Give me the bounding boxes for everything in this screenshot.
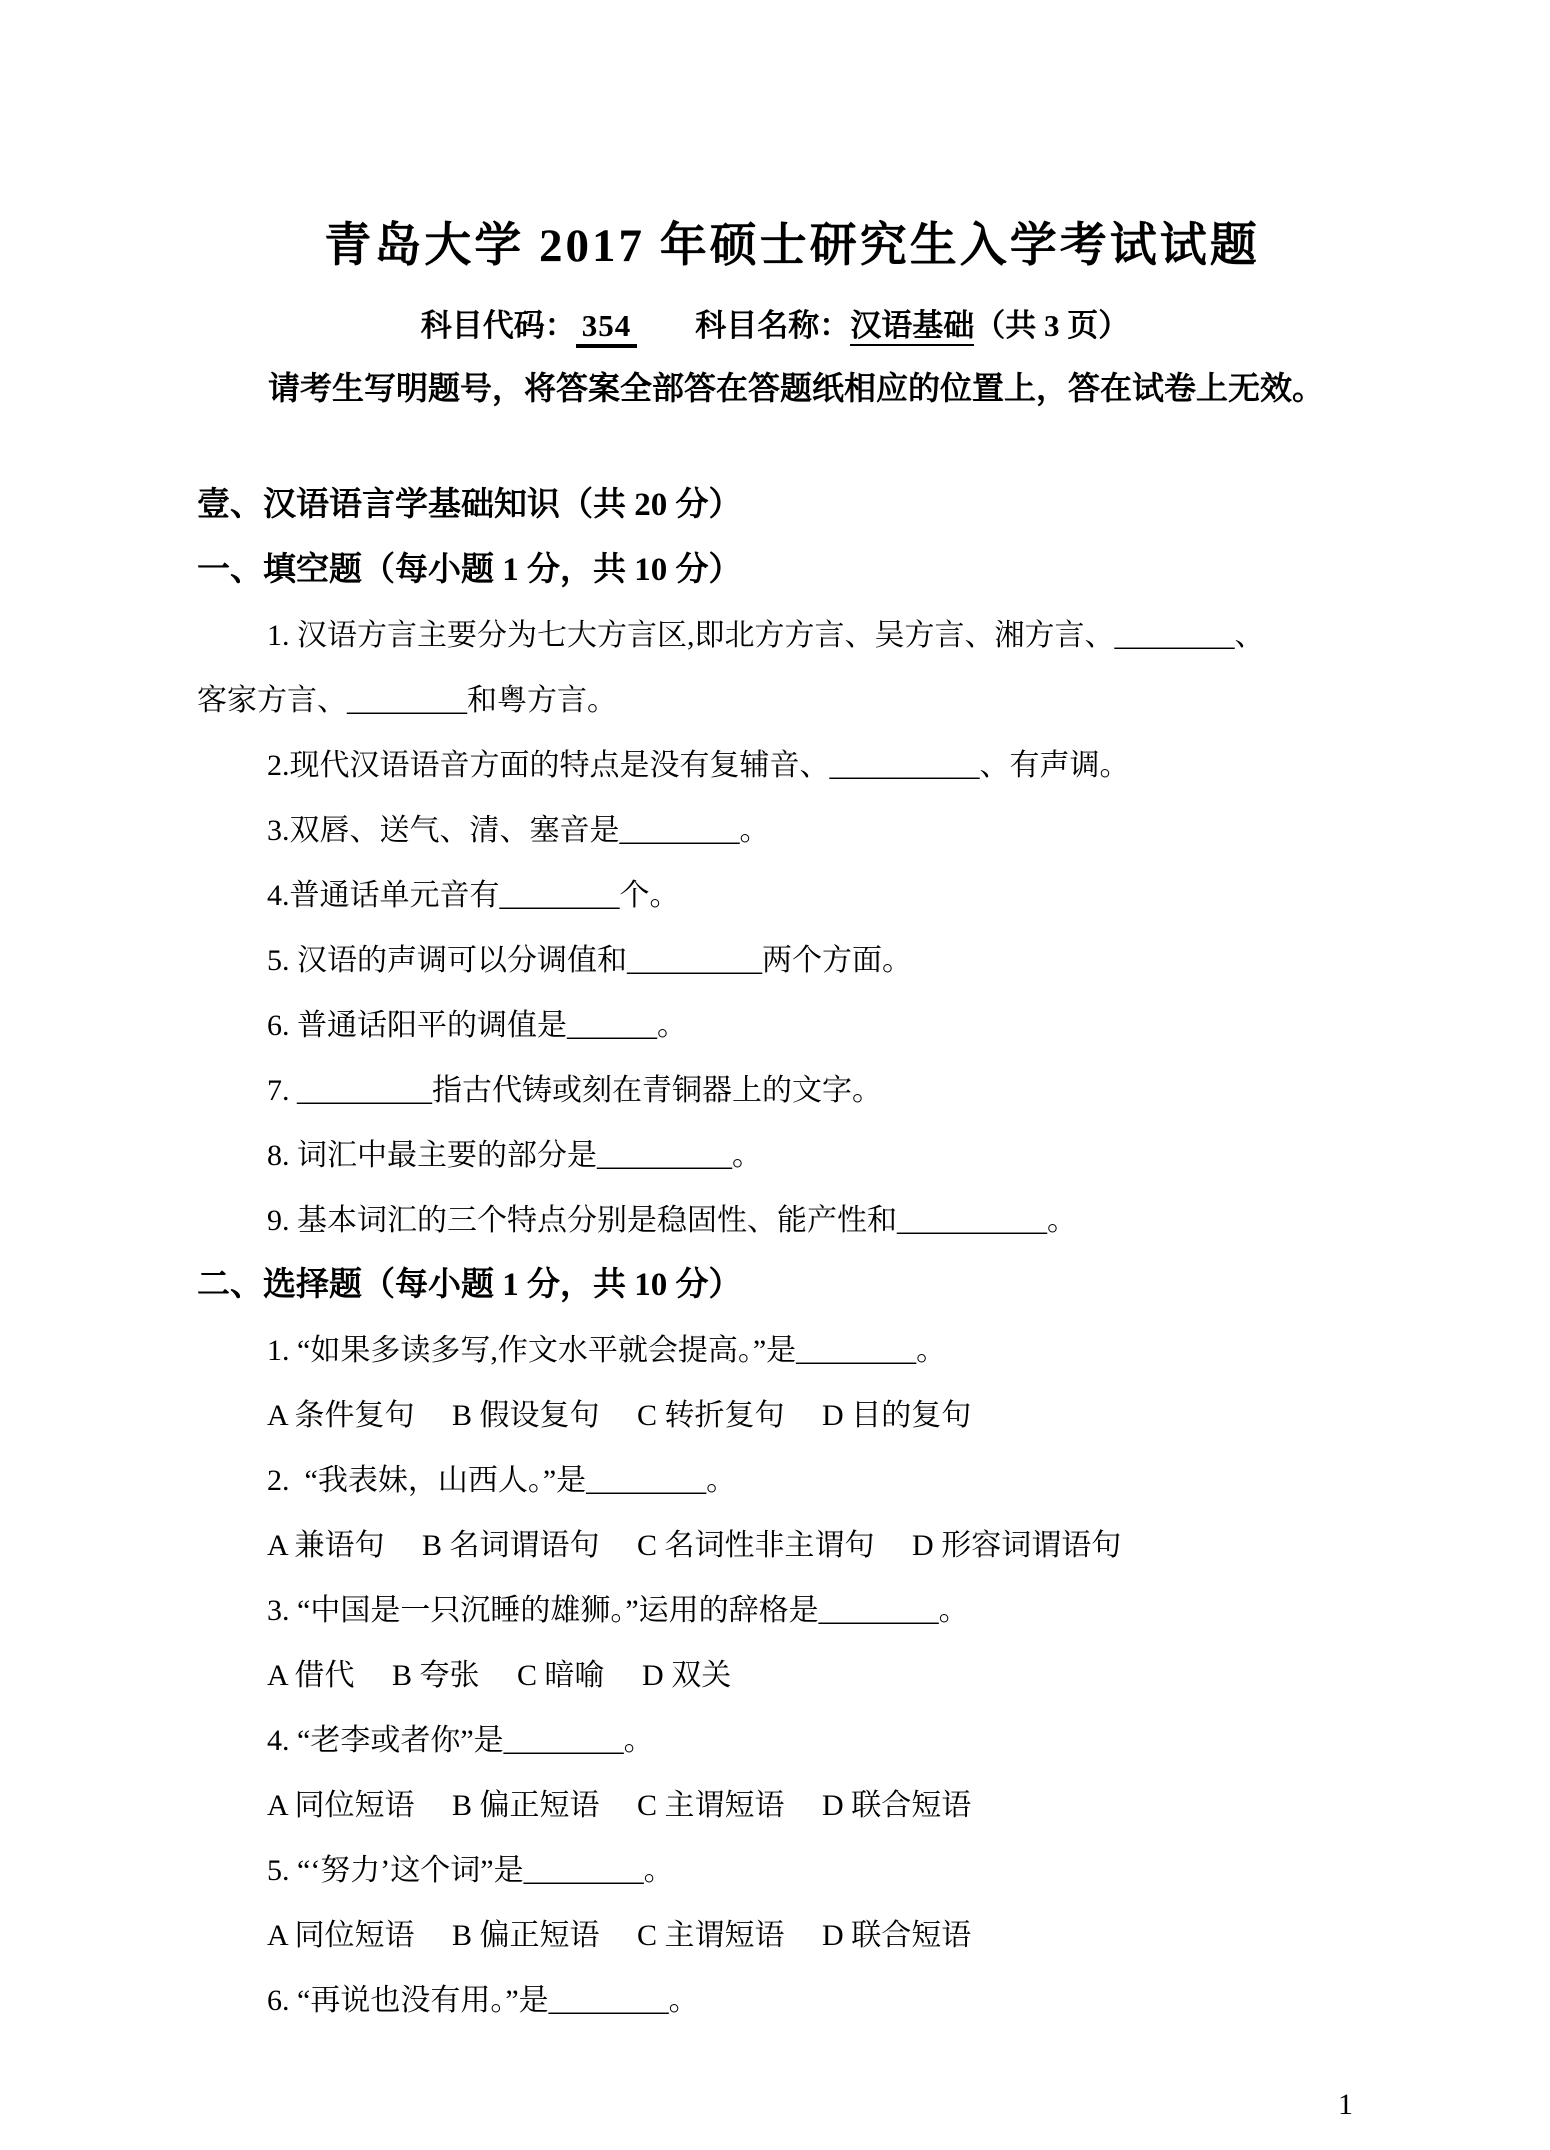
fill-question-5: 5. 汉语的声调可以分调值和_________两个方面。	[197, 928, 1407, 993]
subject-name-value: 汉语基础	[850, 308, 974, 346]
choice-question-4-options: A 同位短语 B 偏正短语 C 主谓短语 D 联合短语	[197, 1773, 1407, 1838]
choice-question-6: 6. “再说也没有用。”是________。	[197, 1968, 1407, 2033]
page-number: 1	[1338, 2088, 1353, 2122]
choice-question-4: 4. “老李或者你”是________。	[197, 1708, 1407, 1773]
fill-question-3: 3.双唇、送气、清、塞音是________。	[197, 798, 1407, 863]
section-1-heading: 壹、汉语语言学基础知识（共 20 分）	[197, 473, 1407, 538]
fill-question-8: 8. 词汇中最主要的部分是_________。	[197, 1123, 1407, 1188]
fill-question-7: 7. _________指古代铸或刻在青铜器上的文字。	[197, 1058, 1407, 1123]
exam-title: 青岛大学 2017 年硕士研究生入学考试试题	[197, 208, 1387, 275]
fill-question-1-line-2: 客家方言、________和粤方言。	[197, 668, 1407, 733]
fill-question-9: 9. 基本词汇的三个特点分别是稳固性、能产性和__________。	[197, 1188, 1407, 1253]
fill-question-4: 4.普通话单元音有________个。	[197, 863, 1407, 928]
choice-question-5-options: A 同位短语 B 偏正短语 C 主谓短语 D 联合短语	[197, 1903, 1407, 1968]
subject-code-label: 科目代码：	[421, 308, 576, 343]
fill-question-2: 2.现代汉语语音方面的特点是没有复辅音、__________、有声调。	[197, 733, 1407, 798]
choice-question-3: 3. “中国是一只沉睡的雄狮。”运用的辞格是________。	[197, 1578, 1407, 1643]
subject-code-value: 354	[576, 308, 638, 348]
choice-question-2-options: A 兼语句 B 名词谓语句 C 名词性非主谓句 D 形容词谓语句	[197, 1513, 1407, 1578]
fill-question-1-line-1: 1. 汉语方言主要分为七大方言区,即北方方言、吴方言、湘方言、________、	[197, 603, 1407, 668]
subject-info-line: 科目代码：354科目名称：汉语基础（共 3 页）	[0, 300, 1550, 345]
exam-paper-page: 青岛大学 2017 年硕士研究生入学考试试题 科目代码：354科目名称：汉语基础…	[0, 0, 1550, 2150]
choice-question-2: 2. “我表妹，山西人。”是________。	[197, 1448, 1407, 1513]
exam-body: 壹、汉语语言学基础知识（共 20 分） 一、填空题（每小题 1 分，共 10 分…	[197, 473, 1407, 2033]
total-pages-note: （共 3 页）	[974, 308, 1129, 343]
fill-in-section-heading: 一、填空题（每小题 1 分，共 10 分）	[197, 538, 1407, 603]
subject-name-label: 科目名称：	[695, 308, 850, 343]
choice-question-5: 5. “‘努力’这个词”是________。	[197, 1838, 1407, 1903]
choice-question-3-options: A 借代 B 夸张 C 暗喻 D 双关	[197, 1643, 1407, 1708]
choice-section-heading: 二、选择题（每小题 1 分，共 10 分）	[197, 1253, 1407, 1318]
choice-question-1-options: A 条件复句 B 假设复句 C 转折复句 D 目的复句	[197, 1383, 1407, 1448]
choice-question-1: 1. “如果多读多写,作文水平就会提高。”是________。	[197, 1318, 1407, 1383]
answer-sheet-notice: 请考生写明题号，将答案全部答在答题纸相应的位置上，答在试卷上无效。	[268, 363, 1324, 409]
fill-question-6: 6. 普通话阳平的调值是______。	[197, 993, 1407, 1058]
